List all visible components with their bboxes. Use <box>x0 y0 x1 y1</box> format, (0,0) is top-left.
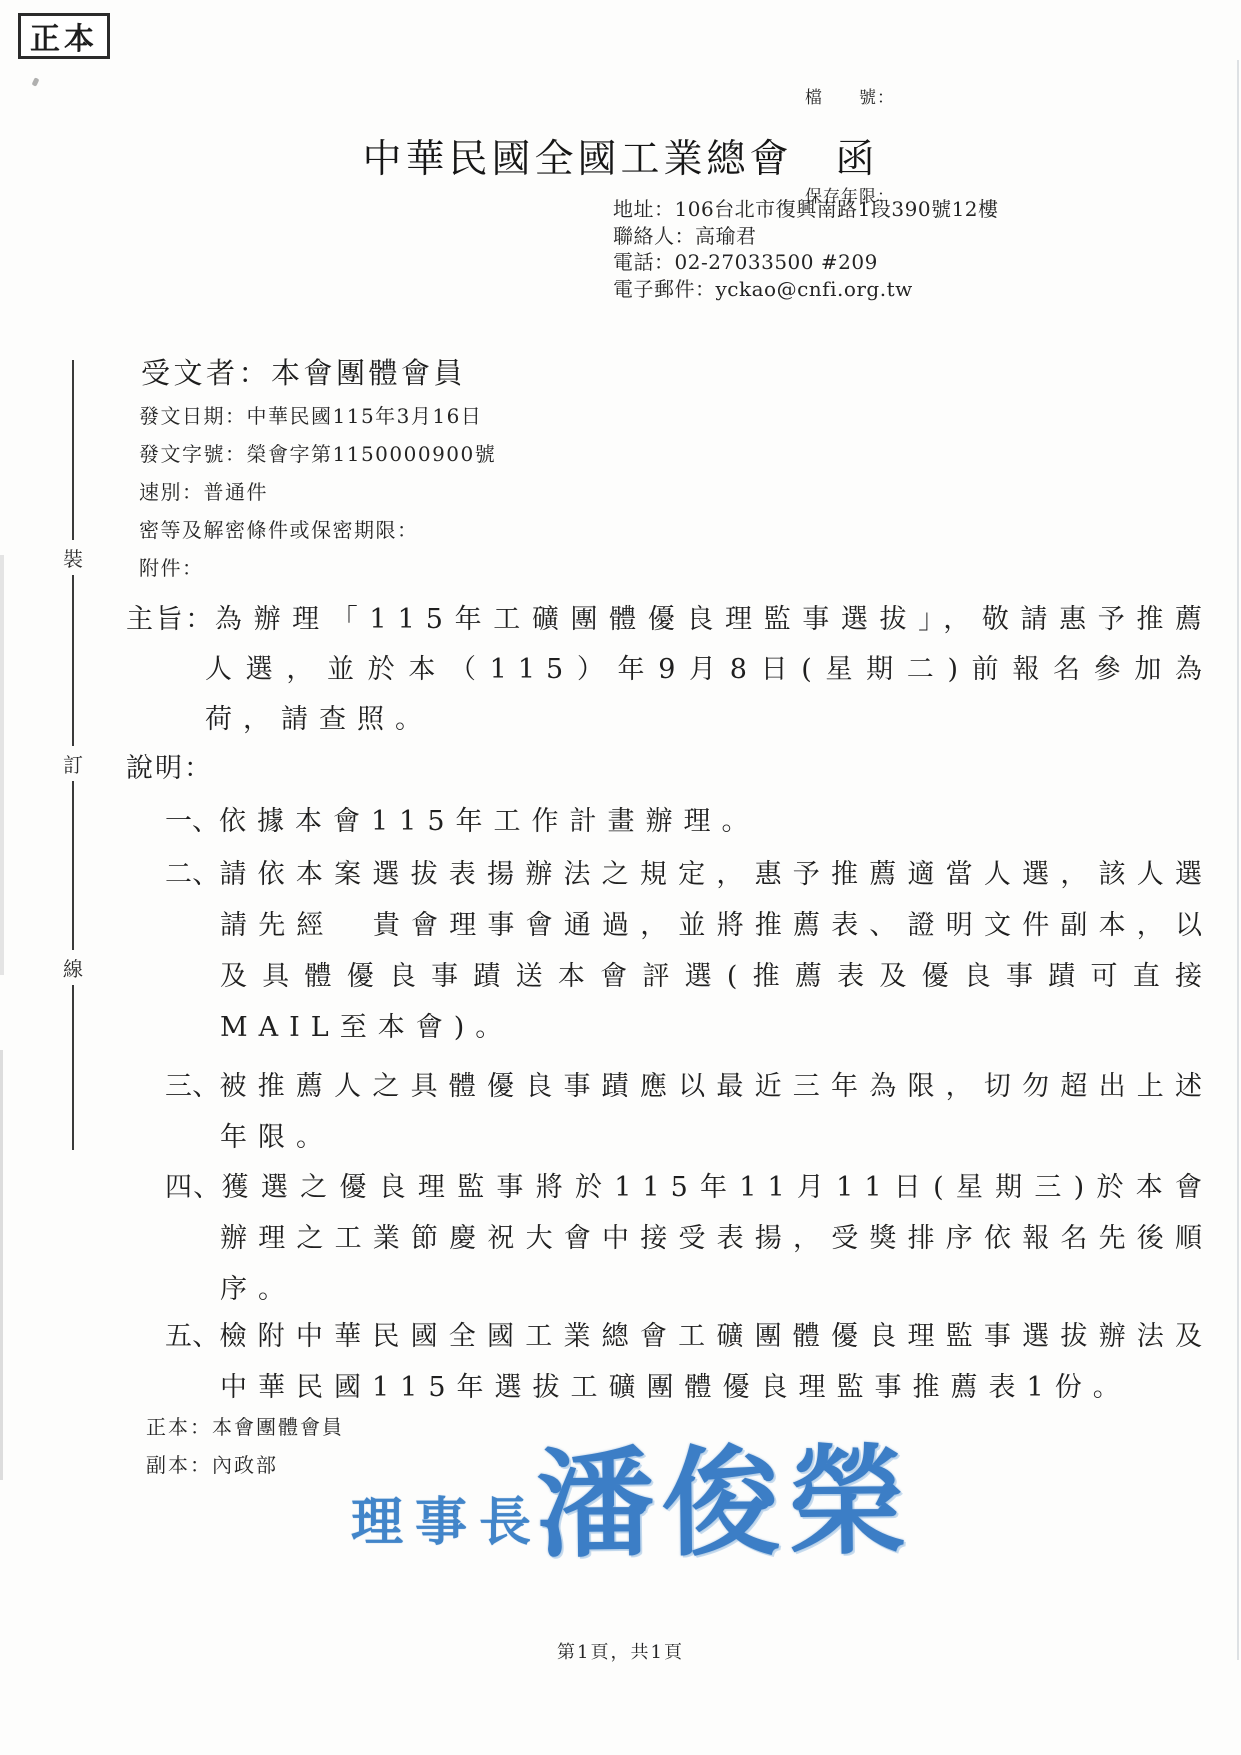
copy-type-stamp: 正本 <box>18 13 110 59</box>
security-class-line: 密等及解密條件或保密期限： <box>139 511 496 549</box>
copy-type-label: 正本 <box>30 14 98 58</box>
file-number-label: 檔 號： <box>805 82 895 115</box>
binding-mark-zhuang: 裝 <box>60 540 86 575</box>
scan-edge-artifact <box>0 1050 3 1480</box>
explanation-item: 二、請依本案選拔表揚辦法之規定，惠予推薦適當人選，該人選請先經 貴會理事會通過，… <box>165 849 1213 1053</box>
item-number: 三、 <box>165 1071 219 1102</box>
subject-paragraph: 主旨：為辦理「115年工礦團體優良理監事選拔」，敬請惠予推薦人選，並於本（115… <box>126 595 1213 745</box>
explanation-label: 說明： <box>126 746 213 785</box>
item-number: 二、 <box>165 859 219 890</box>
distribution-original-line: 正本：本會團體會員 <box>146 1408 344 1446</box>
sender-email: 電子郵件：yckao@cnfi.org.tw <box>613 276 999 303</box>
sender-contact-block: 地址：106台北市復興南路1段390號12樓 聯絡人：高瑜君 電話：02-270… <box>613 196 999 302</box>
page-number-footer: 第1頁，共1頁 <box>0 1638 1241 1664</box>
document-title: 中華民國全國工業總會 函 <box>0 128 1241 184</box>
item-text: 檢附中華民國全國工業總會工礦團體優良理監事選拔辦法及中華民國115年選拔工礦團體… <box>219 1321 1213 1403</box>
scan-edge-artifact <box>1237 60 1239 1660</box>
item-text: 請依本案選拔表揚辦法之規定，惠予推薦適當人選，該人選請先經 貴會理事會通過，並將… <box>219 859 1213 1043</box>
explanation-item: 五、檢附中華民國全國工業總會工礦團體優良理監事選拔辦法及中華民國115年選拔工礦… <box>165 1311 1213 1413</box>
issue-date-line: 發文日期：中華民國115年3月16日 <box>139 397 496 435</box>
item-text: 被推薦人之具體優良事蹟應以最近三年為限，切勿超出上述年限。 <box>219 1071 1213 1153</box>
sender-phone: 電話：02-27033500 #209 <box>613 249 999 276</box>
sender-address: 地址：106台北市復興南路1段390號12樓 <box>613 196 999 223</box>
distribution-block: 正本：本會團體會員 副本：內政部 <box>146 1408 344 1484</box>
chairman-title-stamp: 理事長 <box>351 1480 543 1555</box>
doc-number-line: 發文字號：榮會字第1150000900號 <box>139 435 496 473</box>
item-number: 五、 <box>165 1321 219 1352</box>
distribution-copy-line: 副本：內政部 <box>146 1446 344 1484</box>
document-page: 正本 檔 號： 保存年限： 中華民國全國工業總會 函 地址：106台北市復興南路… <box>0 0 1241 1755</box>
document-meta-block: 發文日期：中華民國115年3月16日 發文字號：榮會字第1150000900號 … <box>139 397 496 587</box>
binding-mark-xian: 線 <box>60 950 86 985</box>
attachment-line: 附件： <box>139 549 496 587</box>
subject-text: 為辦理「115年工礦團體優良理監事選拔」，敬請惠予推薦人選，並於本（115）年9… <box>205 604 1213 735</box>
item-number: 一、 <box>165 806 219 837</box>
scan-speck-artifact <box>32 77 40 86</box>
sender-contact-person: 聯絡人：高瑜君 <box>613 223 999 250</box>
item-text: 依據本會115年工作計畫辦理。 <box>219 806 760 837</box>
explanation-item: 三、被推薦人之具體優良事蹟應以最近三年為限，切勿超出上述年限。 <box>165 1061 1213 1163</box>
item-number: 四、 <box>165 1172 222 1203</box>
recipient-line: 受文者：本會團體會員 <box>141 351 466 392</box>
speed-class-line: 速別：普通件 <box>139 473 496 511</box>
explanation-item: 四、獲選之優良理監事將於115年11月11日(星期三)於本會辦理之工業節慶祝大會… <box>165 1162 1213 1315</box>
item-text: 獲選之優良理監事將於115年11月11日(星期三)於本會辦理之工業節慶祝大會中接… <box>220 1172 1213 1305</box>
binding-mark-ding: 訂 <box>60 746 86 781</box>
scan-edge-artifact <box>0 555 4 975</box>
subject-label: 主旨： <box>126 604 215 635</box>
explanation-item: 一、依據本會115年工作計畫辦理。 <box>165 796 1213 847</box>
chairman-signature-stamp: 潘俊榮 <box>535 1436 914 1570</box>
